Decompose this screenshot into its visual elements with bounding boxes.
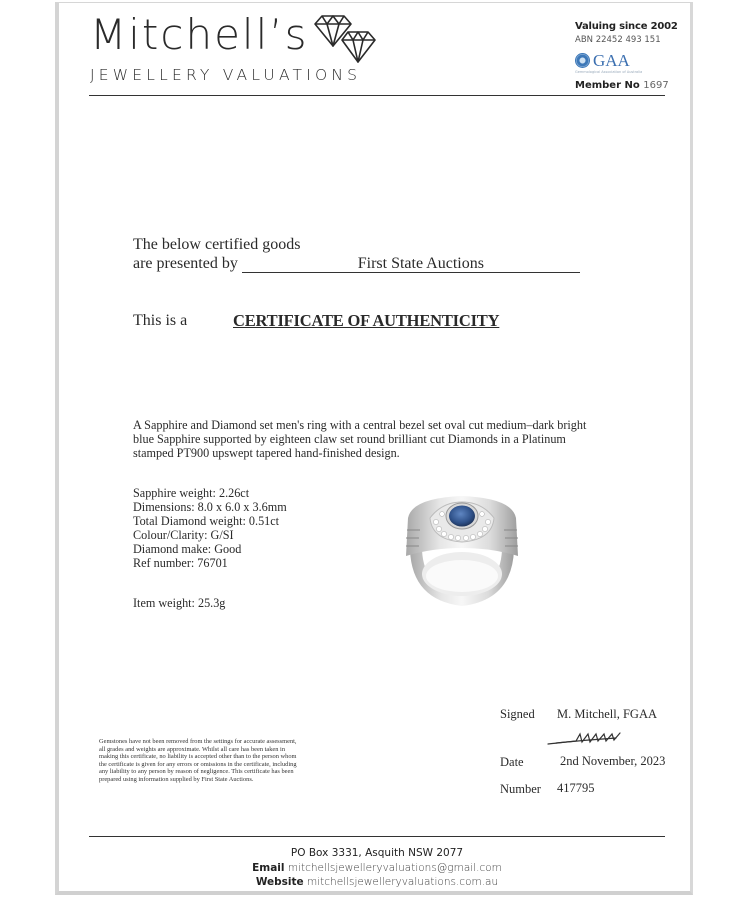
gaa-logo: GAA xyxy=(575,50,675,70)
twin-diamonds-icon xyxy=(312,14,382,66)
spec-diamond-make: Diamond make: Good xyxy=(133,542,287,556)
footer-website-row: Website mitchellsjewelleryvaluations.com… xyxy=(89,875,665,890)
certificate-title: CERTIFICATE OF AUTHENTICITY xyxy=(233,311,499,330)
sapphire-ring-photo xyxy=(402,490,522,610)
member-label: Member No xyxy=(575,80,640,91)
presenter-name: First State Auctions xyxy=(242,256,580,273)
item-weight: Item weight: 25.3g xyxy=(133,596,225,610)
item-description: A Sapphire and Diamond set men's ring wi… xyxy=(133,418,603,460)
credentials-block: Valuing since 2002 ABN 22452 493 151 GAA… xyxy=(575,20,675,92)
signature-icon xyxy=(546,728,634,748)
email-link[interactable]: mitchellsjewelleryvaluations@gmail.com xyxy=(288,862,502,874)
signed-label: Signed xyxy=(500,707,535,722)
member-number: Member No 1697 xyxy=(575,79,675,92)
certificate-number: 417795 xyxy=(557,781,595,796)
gaa-emblem-icon xyxy=(575,53,590,68)
certificate-date: 2nd November, 2023 xyxy=(560,754,665,769)
spec-sapphire-weight: Sapphire weight: 2.26ct xyxy=(133,486,287,500)
intro-line-2: are presented by First State Auctions xyxy=(133,254,580,273)
valuing-since: Valuing since 2002 xyxy=(575,20,675,33)
website-label: Website xyxy=(256,876,304,888)
member-value: 1697 xyxy=(643,80,668,91)
spec-dimensions: Dimensions: 8.0 x 6.0 x 3.6mm xyxy=(133,500,287,514)
brand-name: Mitchell’s xyxy=(90,14,309,56)
gaa-logo-subtext: Gemmological Association of Australia xyxy=(575,70,675,75)
signer-name: M. Mitchell, FGAA xyxy=(557,707,657,722)
certificate-prefix: This is a xyxy=(133,311,187,330)
footer-address: PO Box 3331, Asquith NSW 2077 xyxy=(89,846,665,861)
header-divider xyxy=(89,95,665,96)
number-label: Number xyxy=(500,782,541,797)
abn-number: ABN 22452 493 151 xyxy=(575,34,675,47)
email-label: Email xyxy=(252,862,284,874)
intro-line-1: The below certified goods xyxy=(133,235,301,254)
date-label: Date xyxy=(500,755,524,770)
spec-list: Sapphire weight: 2.26ct Dimensions: 8.0 … xyxy=(133,486,287,570)
spec-diamond-weight: Total Diamond weight: 0.51ct xyxy=(133,514,287,528)
footer-contact: PO Box 3331, Asquith NSW 2077 Email mitc… xyxy=(89,846,665,890)
footer-email-row: Email mitchellsjewelleryvaluations@gmail… xyxy=(89,861,665,876)
footer-divider xyxy=(89,836,665,837)
presented-by-label: are presented by xyxy=(133,255,238,272)
website-link[interactable]: mitchellsjewelleryvaluations.com.au xyxy=(307,876,498,888)
gaa-logo-text: GAA xyxy=(593,52,630,69)
spec-ref-number: Ref number: 76701 xyxy=(133,556,287,570)
disclaimer-text: Gemstones have not been removed from the… xyxy=(99,738,299,784)
brand-subtitle: JEWELLERY VALUATIONS xyxy=(90,68,361,84)
spec-colour-clarity: Colour/Clarity: G/SI xyxy=(133,528,287,542)
